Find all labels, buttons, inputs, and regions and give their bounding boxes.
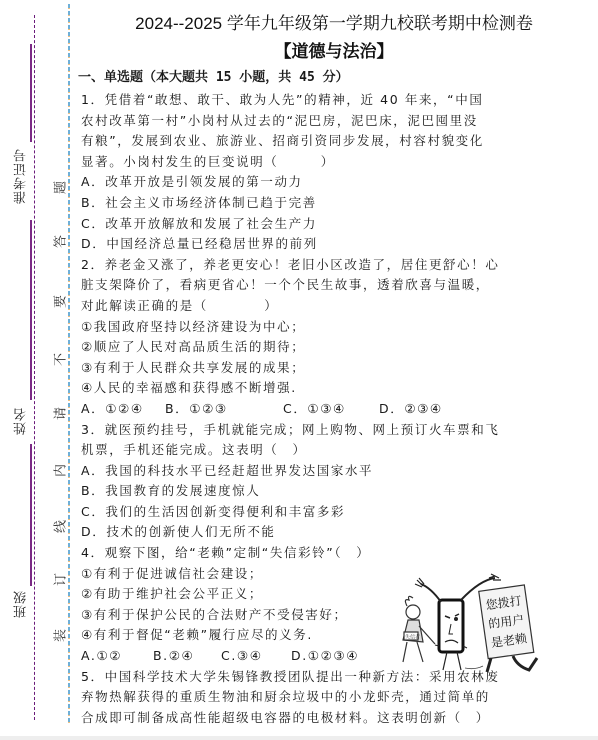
option-d[interactable]: D.①②③④ [291,646,359,667]
badge-text: 失信者 [405,634,420,641]
question-stem: 农村改革第一村”小岗村从过去的“泥巴房，泥巴床，泥巴囤里没 [81,111,596,132]
answer-choices: A．①②④B．①②③C．①③④D．②③④ [81,399,596,420]
option-c[interactable]: C．①③④ [283,399,379,420]
question-stem: 3．就医预约挂号，手机就能完成；网上购物、网上预订火车票和飞 [81,420,596,441]
question-stem: 显著。小岗村发生的巨变说明（ ） [81,152,596,173]
question-3: 3．就医预约挂号，手机就能完成；网上购物、网上预订火车票和飞 机票，手机还能完成… [81,420,596,544]
question-stem: 脏支架降价了，看病更省心！一个个民生故事，透着欣喜与温暖， [81,275,596,296]
option-d[interactable]: D．②③④ [379,399,443,420]
statement: ①我国政府坚持以经济建设为中心； [81,317,596,338]
question-stem: 2．养老金又涨了，养老更安心！老旧小区改造了，居住更舒心！心 [81,255,596,276]
page-bottom-edge [0,736,598,740]
section-heading: 一、单选题（本大题共 15 小题，共 45 分） [78,66,349,85]
option-a[interactable]: A．我国的科技水平已经赶超世界发达国家水平 [81,461,596,482]
question-stem: 1．凭借着“敢想、敢干、敢为人先”的精神，近 40 年来，“中国 [81,90,596,111]
class-field[interactable] [10,640,32,720]
statement: ④人民的幸福感和获得感不断增强. [81,378,596,399]
warning-char: 题 [50,181,69,195]
question-5: 5．中国科学技术大学朱锡锋教授团队提出一种新方法：采用农林废 弃物热解获得的重质… [81,667,596,729]
option-b[interactable]: B．我国教育的发展速度惊人 [81,481,596,502]
question-stem: 合成即可制备成高性能超级电容器的电极材料。这表明创新（ ） [81,708,596,729]
option-b[interactable]: B.②④ [153,646,221,667]
option-b[interactable]: B．①②③ [165,399,283,420]
question-2: 2．养老金又涨了，养老更安心！老旧小区改造了，居住更舒心！心 脏支架降价了，看病… [81,255,596,420]
warning-char: 线 [50,520,69,534]
warning-char: 装 [50,629,69,643]
warning-char: 不 [50,353,69,367]
option-d[interactable]: D．中国经济总量已经稳居世界的前列 [81,234,596,255]
warning-char: 订 [50,573,69,587]
exam-number-label: 准考证号 [12,148,28,204]
exam-title: 2024--2025 学年九年级第一学期九校联考期中检测卷 [70,9,598,34]
question-stem: 弃物热解获得的重质生物油和厨余垃圾中的小龙虾壳，通过简单的 [81,687,596,708]
binding-dashed-line [34,15,35,720]
option-a[interactable]: A.①② [81,646,153,667]
cartoon-image: 失信者 您拨打 的用户 是老赖 [395,570,550,675]
name-label: 姓名 [12,407,28,435]
warning-char: 内 [50,464,69,478]
question-stem: 4．观察下图，给“老赖”定制“失信彩铃”（ ） [81,543,596,564]
warning-char: 要 [50,295,69,309]
option-c[interactable]: C．我们的生活因创新变得便利和丰富多彩 [81,502,596,523]
question-stem: 对此解读正确的是（ ） [81,296,596,317]
class-label: 班级 [12,590,28,618]
question-stem: 机票，手机还能完成。这表明（ ） [81,440,596,461]
statement: ③有利于人民群众共享发展的成果； [81,358,596,379]
field-line [30,44,32,142]
name-field[interactable] [10,460,32,550]
question-1: 1．凭借着“敢想、敢干、敢为人先”的精神，近 40 年来，“中国 农村改革第一村… [81,90,596,255]
option-c[interactable]: C.③④ [221,646,291,667]
subject-title: 【道德与法治】 [70,37,598,62]
option-a[interactable]: A．①②④ [81,399,165,420]
exam-page: 准考证号 姓名 班级 题 答 要 不 请 内 线 订 装 2024--2025 … [0,0,598,740]
statement: ②顺应了人民对高品质生活的期待； [81,337,596,358]
option-c[interactable]: C．改革开放解放和发展了社会生产力 [81,214,596,235]
question-stem: 有粮”，发展到农业、旅游业、招商引资同步发展，村容村貌变化 [81,131,596,152]
warning-char: 答 [50,235,69,249]
option-b[interactable]: B．社会主义市场经济体制已趋于完善 [81,193,596,214]
exam-number-field[interactable] [10,230,32,310]
warning-char: 请 [50,407,69,421]
option-d[interactable]: D．技术的创新使人们无所不能 [81,522,596,543]
option-a[interactable]: A．改革开放是引领发展的第一动力 [81,172,596,193]
